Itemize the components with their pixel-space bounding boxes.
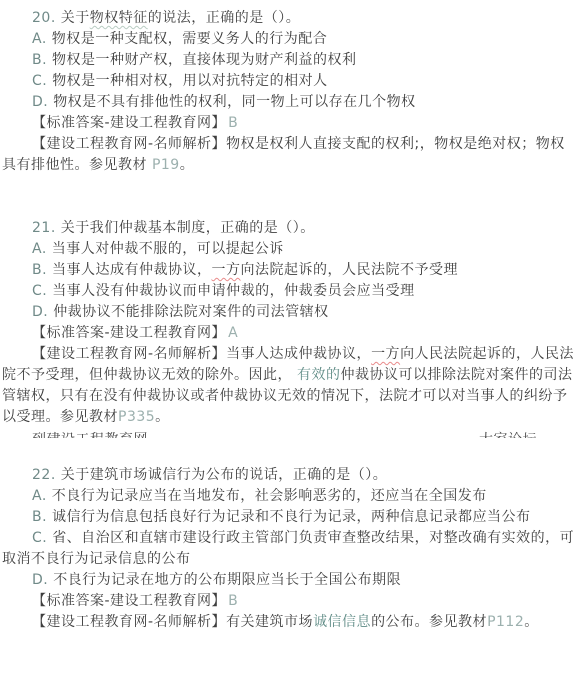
analysis-text: 。: [524, 614, 539, 630]
option-text: 物权是一种财产权，直接体现为财产利益的权利: [52, 52, 357, 68]
question-stem: 22. 关于建筑市场诚信行为公布的说话，正确的是（）。: [2, 465, 578, 486]
analysis-line: 【建设工程教育网-名师解析】物权是权利人直接支配的权利;，物权是绝对权；物权具有…: [2, 134, 578, 176]
option-label: B.: [32, 52, 47, 68]
analysis-text: 的公布。参见教材: [371, 614, 487, 630]
option-text: 省、自治区和直辖市建设行政主管部门负责审查整改结果，对整改确有实效的，可取消不良…: [2, 530, 574, 567]
analysis-text: 。: [155, 409, 170, 425]
textbook-page-ref: P112: [487, 614, 524, 630]
analysis-label: 【建设工程教育网-名师解析】: [32, 136, 226, 152]
analysis-text: 。: [180, 157, 195, 173]
question-stem: 20. 关于物权特征的说法，正确的是（）。: [2, 8, 578, 29]
option-text: 当事人没有仲裁协议而申请仲裁的，仲裁委员会应当受理: [52, 283, 415, 299]
option-text: 当事人对仲裁不服的，可以提起公诉: [52, 241, 284, 257]
option-label: C.: [32, 73, 47, 89]
option-label: C.: [32, 530, 47, 546]
option-label: D.: [32, 94, 48, 110]
option-b: B. 诚信行为信息包括良好行为记录和不良行为记录，两种信息记录都应当公布: [2, 507, 578, 528]
option-text: 诚信行为信息包括良好行为记录和不良行为记录，两种信息记录都应当公布: [52, 509, 531, 525]
question-number: 22.: [32, 467, 56, 483]
textbook-page-ref: P335: [118, 409, 155, 425]
option-d: D. 仲裁协议不能排除法院对案件的司法管辖权: [2, 302, 578, 323]
option-text: 物权是一种相对权，用以对抗特定的相对人: [52, 73, 328, 89]
question-block-20: 20. 关于物权特征的说法，正确的是（）。 A. 物权是一种支配权，需要义务人的…: [2, 8, 578, 176]
answer-value: A: [226, 325, 238, 341]
option-label: A.: [32, 488, 47, 504]
analysis-text: 有关建筑市场: [226, 614, 313, 630]
answer-value: B: [226, 115, 238, 131]
option-text-spellcheck: 一方: [212, 262, 241, 278]
option-c: C. 物权是一种相对权，用以对抗特定的相对人: [2, 71, 578, 92]
analysis-text-highlight: 诚信信息: [313, 614, 371, 630]
analysis-line: 【建设工程教育网-名师解析】有关建筑市场诚信信息的公布。参见教材P112。: [2, 612, 578, 633]
option-c: C. 省、自治区和直辖市建设行政主管部门负责审查整改结果，对整改确有实效的，可取…: [2, 528, 578, 570]
answer-line: 【标准答案-建设工程教育网】A: [2, 323, 578, 344]
option-text: 不良行为记录应当在当地发布，社会影响恶劣的，还应当在全国发布: [52, 488, 487, 504]
option-text: 仲裁协议不能排除法院对案件的司法管辖权: [53, 304, 329, 320]
textbook-page-ref: P19: [152, 157, 180, 173]
option-a: A. 当事人对仲裁不服的，可以提起公诉: [2, 239, 578, 260]
option-label: B.: [32, 509, 47, 525]
option-label: A.: [32, 241, 47, 257]
option-label: D.: [32, 572, 48, 588]
analysis-line: 【建设工程教育网-名师解析】当事人达成仲裁协议，一方向人民法院起诉的，人民法院不…: [2, 344, 578, 428]
answer-label: 【标准答案-建设工程教育网】: [32, 325, 226, 341]
stem-text: 的说法，正确的是（）。: [148, 10, 301, 26]
answer-line: 【标准答案-建设工程教育网】B: [2, 591, 578, 612]
exam-document-page: 20. 关于物权特征的说法，正确的是（）。 A. 物权是一种支配权，需要义务人的…: [0, 0, 580, 633]
stem-text: 关于建筑市场诚信行为公布的说话，正确的是（）。: [61, 467, 388, 483]
option-text: 不良行为记录在地方的公布期限应当长于全国公布期限: [53, 572, 401, 588]
option-text: 物权是不具有排他性的权利，同一物上可以存在几个物权: [53, 94, 416, 110]
option-label: A.: [32, 31, 47, 47]
answer-label: 【标准答案-建设工程教育网】: [32, 593, 226, 609]
question-block-21: 21. 关于我们仲裁基本制度，正确的是（）。 A. 当事人对仲裁不服的，可以提起…: [2, 218, 578, 438]
stem-text: 关于我们仲裁基本制度，正确的是（）。: [61, 220, 315, 236]
option-label: D.: [32, 304, 48, 320]
analysis-text-spellcheck: 一方: [371, 346, 400, 362]
analysis-label: 【建设工程教育网-名师解析】: [32, 614, 226, 630]
analysis-text: 当事人达成仲裁协议，: [226, 346, 371, 362]
answer-label: 【标准答案-建设工程教育网】: [32, 115, 226, 131]
option-c: C. 当事人没有仲裁协议而申请仲裁的，仲裁委员会应当受理: [2, 281, 578, 302]
option-a: A. 物权是一种支配权，需要义务人的行为配合: [2, 29, 578, 50]
option-a: A. 不良行为记录应当在当地发布，社会影响恶劣的，还应当在全国发布: [2, 486, 578, 507]
analysis-label: 【建设工程教育网-名师解析】: [32, 346, 226, 362]
option-text: 向法院起诉的，人民法院不予受理: [241, 262, 459, 278]
option-text: 当事人达成有仲裁协议，: [52, 262, 212, 278]
answer-line: 【标准答案-建设工程教育网】B: [2, 113, 578, 134]
question-block-22: 22. 关于建筑市场诚信行为公布的说话，正确的是（）。 A. 不良行为记录应当在…: [2, 465, 578, 633]
cut-off-text-left: 到建设工程教育网: [32, 430, 148, 438]
cut-off-text-line: 到建设工程教育网 大家论坛: [32, 430, 537, 438]
question-number: 21.: [32, 220, 56, 236]
stem-text: 关于: [61, 10, 90, 26]
option-d: D. 物权是不具有排他性的权利，同一物上可以存在几个物权: [2, 92, 578, 113]
blank-gap: [2, 438, 578, 465]
cut-off-text-right: 大家论坛: [479, 430, 537, 438]
option-text: 物权是一种支配权，需要义务人的行为配合: [52, 31, 328, 47]
analysis-text-highlight: 有效的: [297, 367, 341, 383]
question-number: 20.: [32, 10, 56, 26]
option-b: B. 当事人达成有仲裁协议，一方向法院起诉的，人民法院不予受理: [2, 260, 578, 281]
stem-text-spellcheck: 物权特征: [90, 10, 148, 26]
option-d: D. 不良行为记录在地方的公布期限应当长于全国公布期限: [2, 570, 578, 591]
option-label: C.: [32, 283, 47, 299]
question-stem: 21. 关于我们仲裁基本制度，正确的是（）。: [2, 218, 578, 239]
blank-gap: [2, 176, 578, 218]
answer-value: B: [226, 593, 238, 609]
option-b: B. 物权是一种财产权，直接体现为财产利益的权利: [2, 50, 578, 71]
option-label: B.: [32, 262, 47, 278]
